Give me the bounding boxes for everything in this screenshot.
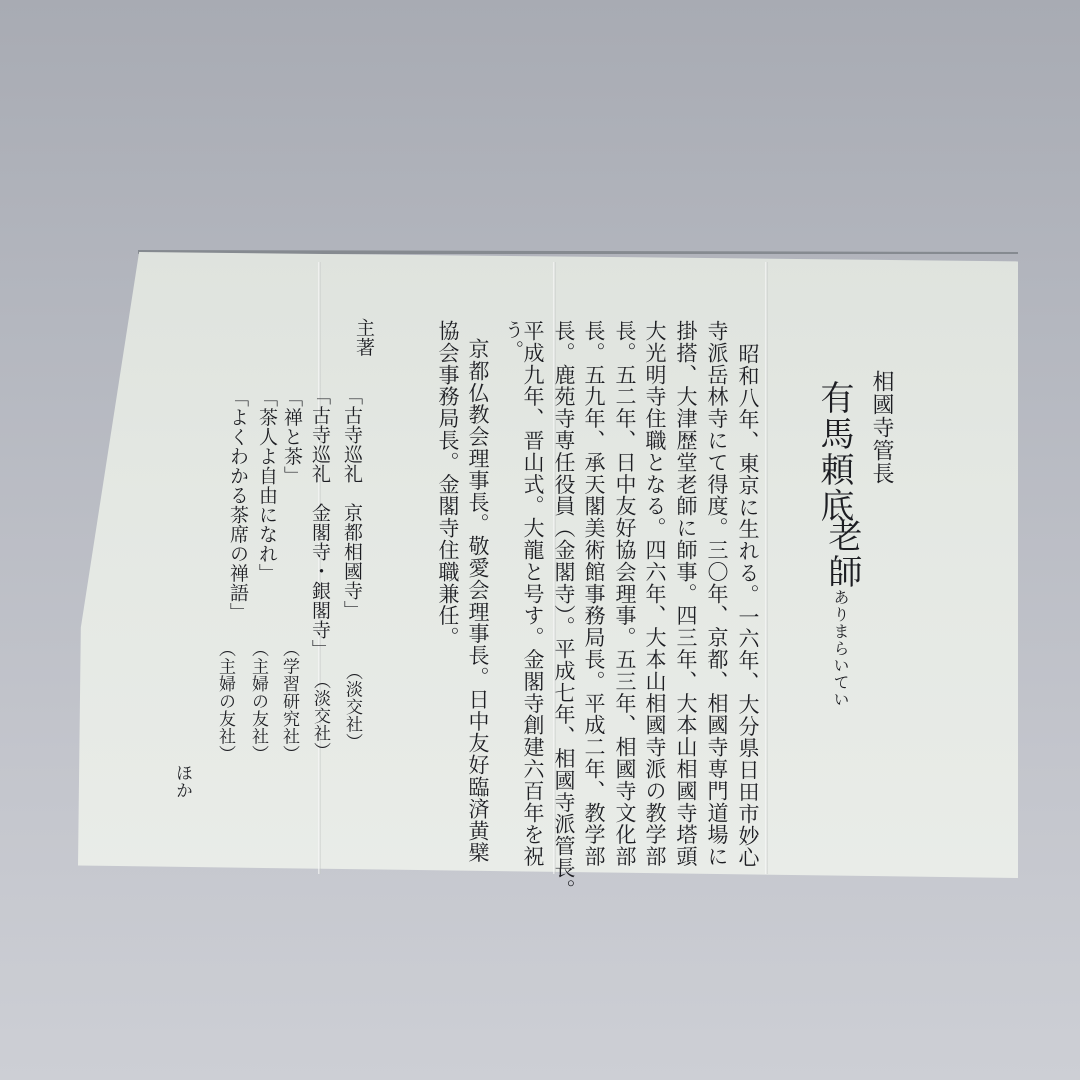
biography-line: 長。鹿苑寺専任役員（金閣寺）。平成七年、相國寺派管長。 bbox=[553, 320, 574, 901]
work-publisher: （主婦の友社） bbox=[213, 640, 238, 763]
biography-line: う。 bbox=[503, 320, 522, 360]
works-heading: 主著 bbox=[351, 318, 378, 357]
honorific: 老師 bbox=[818, 518, 867, 590]
biography-line: 大光明寺住職となる。四六年、大本山相國寺派の教学部 bbox=[644, 320, 665, 868]
person-name: 有馬頼底 bbox=[810, 380, 859, 524]
roles-line: 協会事務局長。金閣寺住職兼任。 bbox=[437, 320, 458, 649]
work-publisher: （淡交社） bbox=[308, 672, 333, 760]
biography-line: 長。五二年、日中友好協会理事。五三年、相國寺文化部 bbox=[614, 320, 635, 868]
work-title: 「古寺巡礼 京都相國寺」 bbox=[339, 386, 366, 620]
biography-line: 長。五九年、承天閣美術館事務局長。平成二年、教学部 bbox=[583, 320, 604, 868]
work-publisher: （学習研究社） bbox=[277, 640, 302, 763]
name-reading: ありまらいてい bbox=[829, 589, 852, 708]
fold-line bbox=[765, 262, 768, 874]
work-title: 「古寺巡礼 金閣寺・銀閣寺」 bbox=[307, 386, 334, 659]
work-title: 「禅と茶」 bbox=[279, 388, 306, 486]
printed-leaflet bbox=[78, 252, 1018, 878]
biography-line: 掛搭、大津歴堂老師に師事。四三年、大本山相國寺塔頭 bbox=[675, 320, 696, 868]
others-note: ほか bbox=[170, 764, 195, 799]
roles-line: 京都仏教会理事長。敬愛会理事長。日中友好臨済黄檗 bbox=[467, 338, 488, 864]
biography-line: 寺派岳林寺にて得度。三〇年、京都、相國寺専門道場に bbox=[706, 320, 727, 868]
work-title: 「よくわかる茶席の禅語」 bbox=[225, 388, 252, 622]
biography-line: 平成九年、晋山式。大龍と号す。金閣寺創建六百年を祝 bbox=[522, 320, 543, 868]
work-publisher: （主婦の友社） bbox=[246, 640, 271, 763]
biography-line: 昭和八年、東京に生れる。一六年、大分県日田市妙心 bbox=[737, 343, 758, 869]
work-publisher: （淡交社） bbox=[340, 663, 365, 751]
position-title: 相國寺管長 bbox=[866, 370, 897, 485]
work-title: 「茶人よ自由になれ」 bbox=[254, 388, 281, 583]
